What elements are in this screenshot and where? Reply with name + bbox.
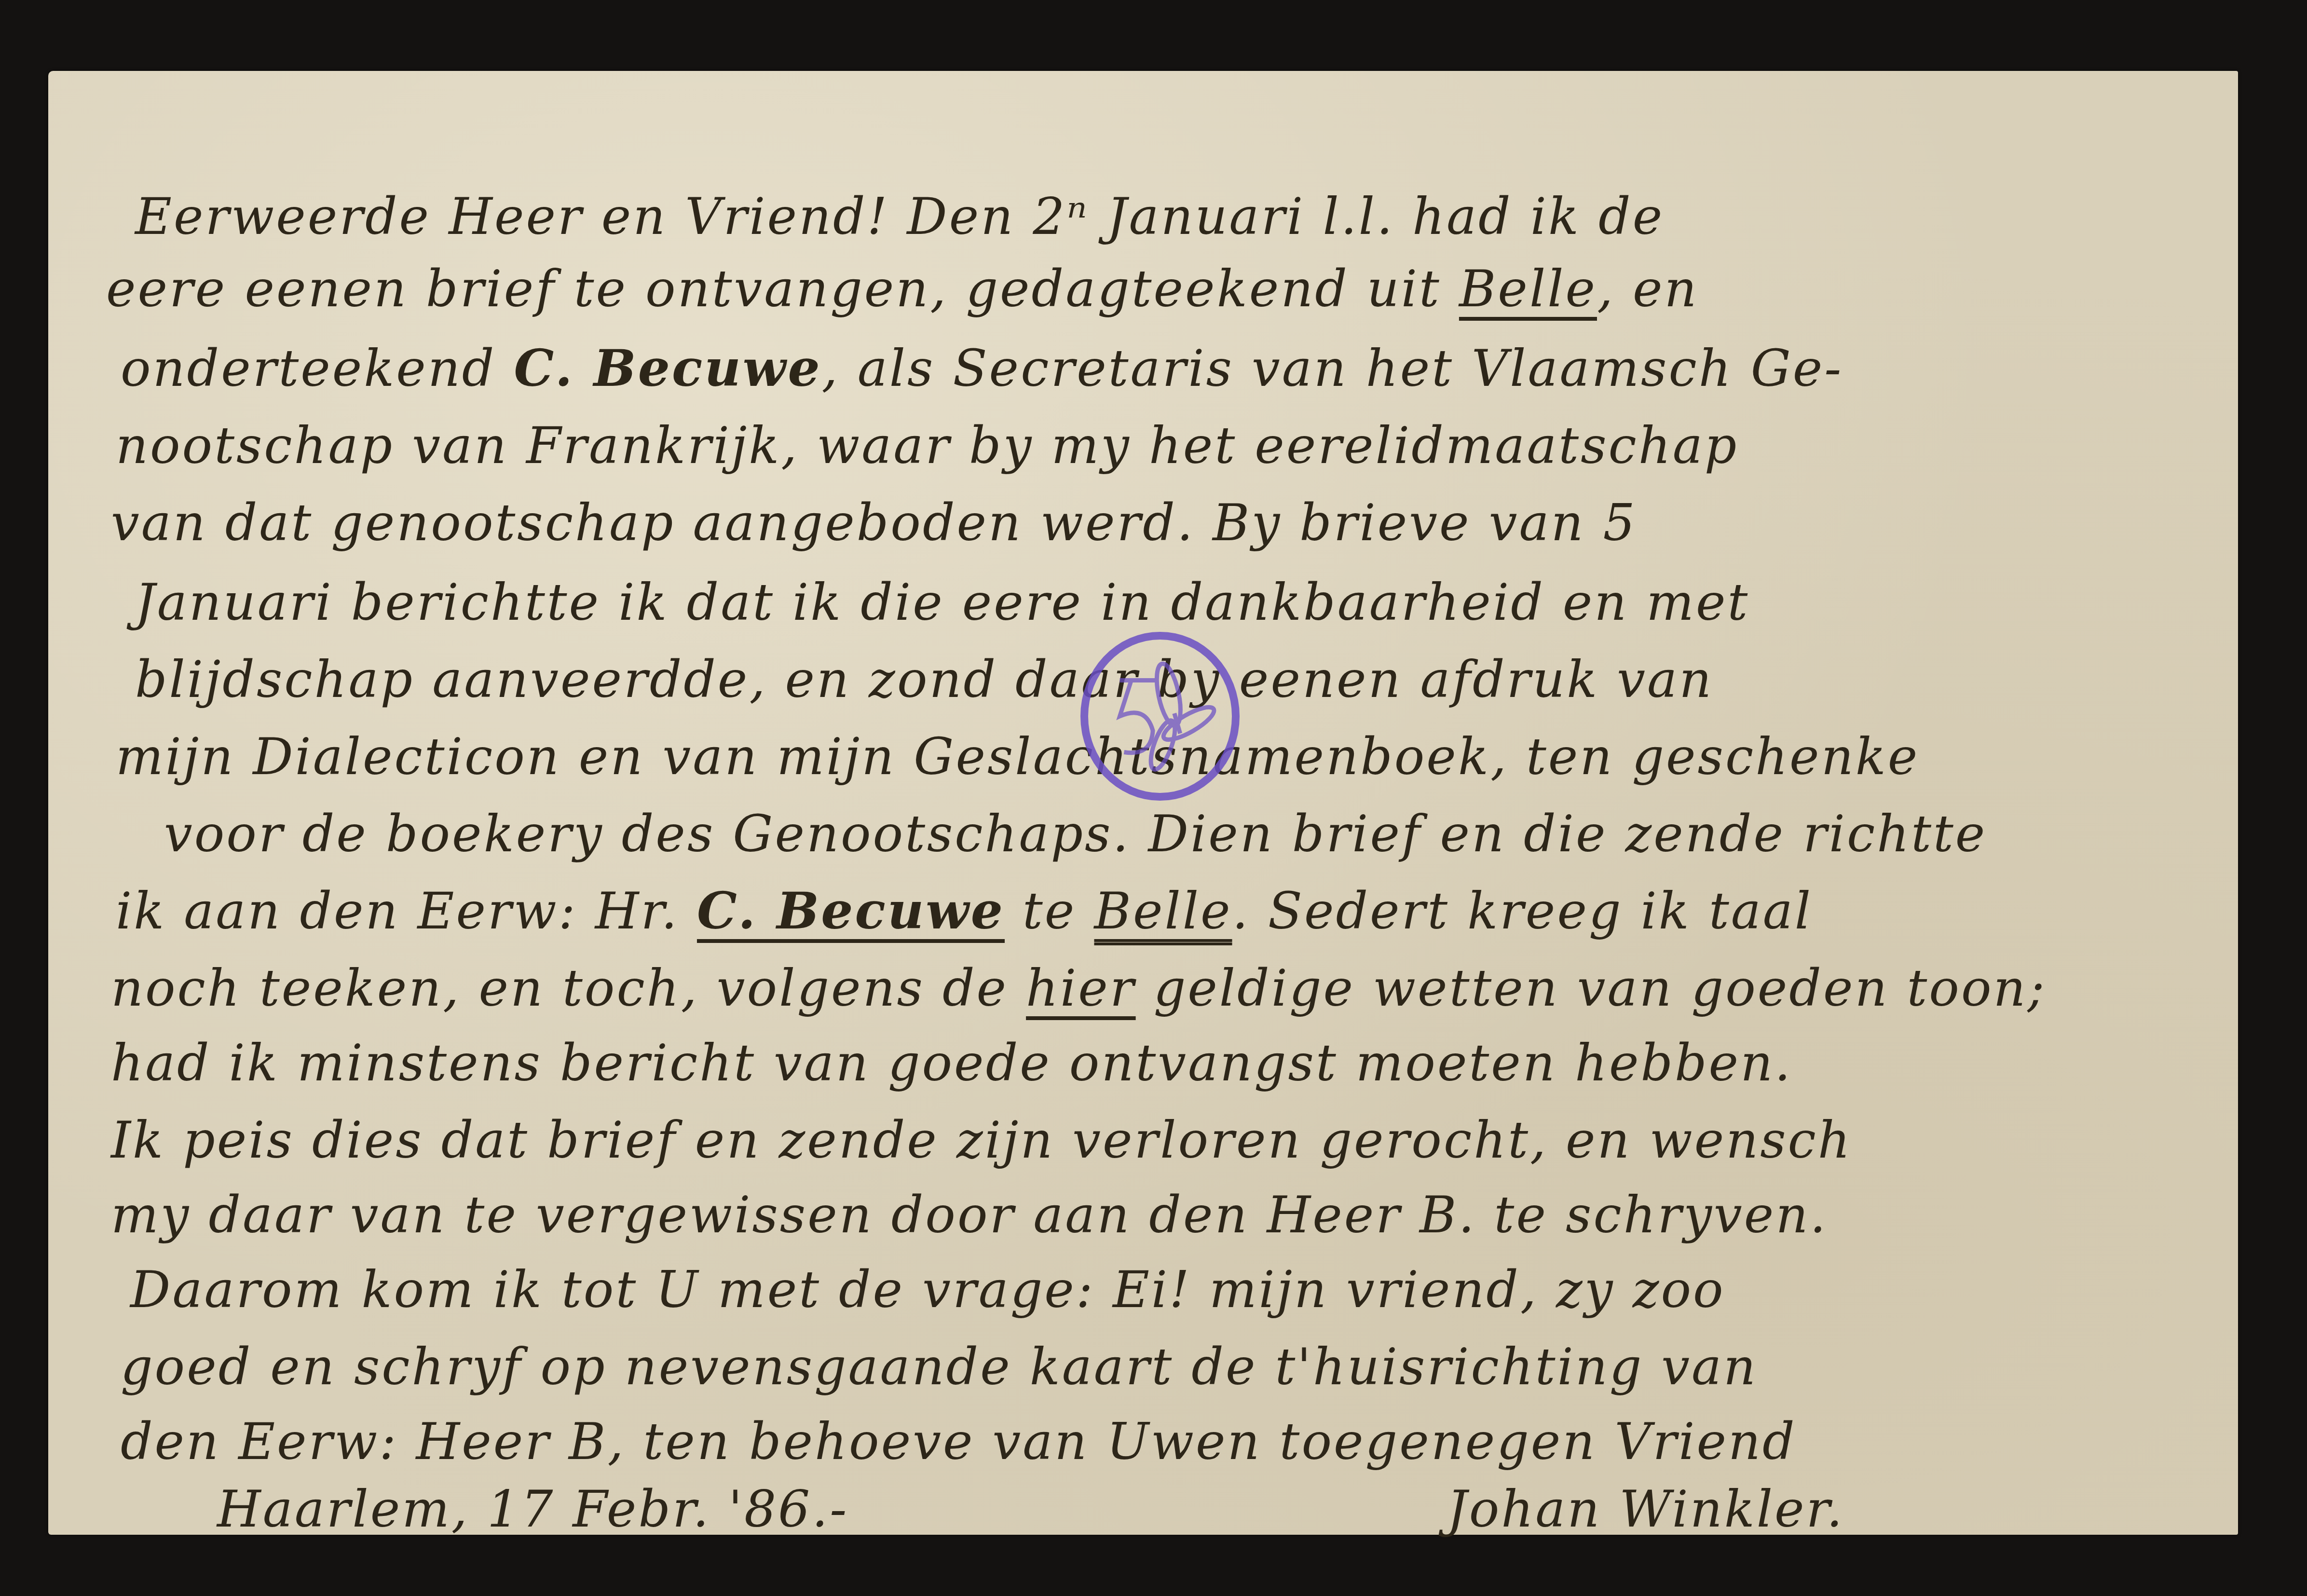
text-line-4: nootschap van Frankrijk, waar by my het …	[116, 421, 1738, 471]
text-line-11-start: noch teeken, en toch, volgens de	[111, 959, 1008, 1018]
text-line-3-start: onderteekend	[121, 339, 496, 398]
underlined-hier: hier	[1026, 959, 1136, 1018]
text-line-12: had ik minstens bericht van goede ontvan…	[111, 1038, 1792, 1088]
place-belle-1: Belle	[1459, 259, 1597, 318]
postcard: Eerweerde Heer en Vriend! Den 2ⁿ Januari…	[48, 71, 2238, 1535]
text-line-13: Ik peis dies dat brief en zende zijn ver…	[111, 1115, 1852, 1165]
text-line-3-end: , als Secretaris van het Vlaamsch Ge-	[822, 339, 1843, 398]
text-line-16: goed en schryf op nevensgaande kaart de …	[121, 1342, 1758, 1392]
text-line-2-start: eere eenen brief te ontvangen, gedagteek…	[106, 259, 1441, 318]
text-line-10-end: . Sedert kreeg ik taal	[1232, 882, 1813, 941]
text-line-10-start: ik aan den Eerw: Hr.	[116, 882, 679, 941]
purple-monogram-stamp	[1080, 632, 1240, 801]
text-line-2: eere eenen brief te ontvangen, gedagteek…	[106, 264, 1699, 314]
text-line-10-mid: te	[1005, 882, 1094, 941]
text-line-2-end: , en	[1597, 259, 1699, 318]
text-line-5: van dat genootschap aangeboden werd. By …	[111, 498, 1637, 548]
signature: Johan Winkler.	[1447, 1484, 1844, 1534]
name-becuwe-1: C. Becuwe	[514, 339, 822, 398]
text-line-9: voor de boekery des Genootschaps. Dien b…	[164, 809, 1987, 859]
text-line-7: blijdschap aanveerdde, en zond daar by e…	[135, 655, 1713, 705]
text-line-11: noch teeken, en toch, volgens de hier ge…	[111, 963, 2047, 1013]
place-belle-2: Belle	[1094, 882, 1232, 941]
text-line-15: Daarom kom ik tot U met de vrage: Ei! mi…	[130, 1265, 1725, 1315]
text-line-1: Eerweerde Heer en Vriend! Den 2ⁿ Januari…	[135, 191, 1664, 242]
name-becuwe-2: C. Becuwe	[697, 881, 1005, 941]
text-line-3: onderteekend C. Becuwe, als Secretaris v…	[121, 343, 1843, 394]
text-line-17: den Eerw: Heer B, ten behoeve van Uwen t…	[121, 1417, 1797, 1467]
text-line-14: my daar van te vergewissen door aan den …	[111, 1190, 1828, 1240]
text-line-10: ik aan den Eerw: Hr. C. Becuwe te Belle.…	[116, 886, 1813, 936]
monogram-flower-icon	[1088, 640, 1232, 793]
text-line-8: mijn Dialecticon en van mijn Geslachtsna…	[116, 732, 1919, 782]
text-line-11-end: geldige wetten van goeden toon;	[1136, 959, 2047, 1018]
place-date: Haarlem, 17 Febr. '86.-	[217, 1484, 848, 1534]
text-line-6: Januari berichtte ik dat ik die eere in …	[135, 577, 1749, 627]
